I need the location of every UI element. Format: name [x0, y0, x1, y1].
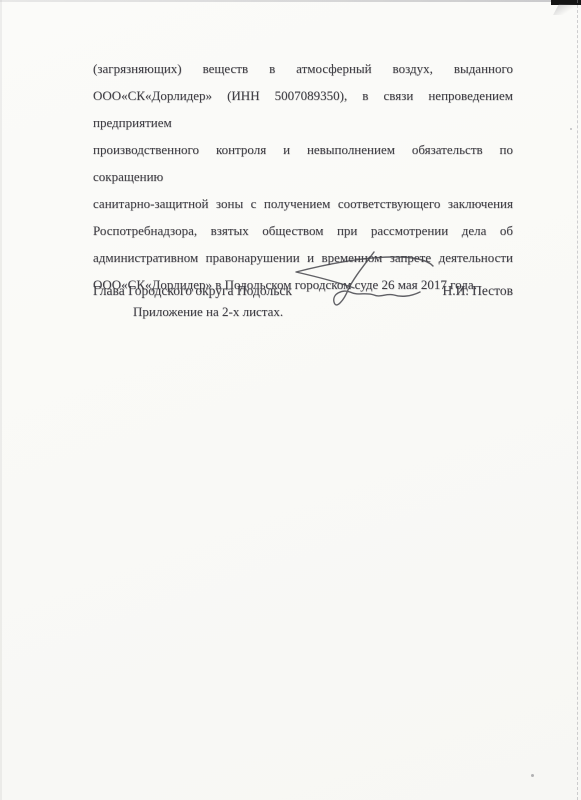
signatory-title: Глава Городского округа Подольск [93, 281, 292, 301]
handwritten-signature [282, 247, 438, 311]
scan-right-dashed-edge [577, 0, 578, 800]
body-line-4: санитарно-защитной зоны с получением соо… [93, 190, 513, 217]
signatory-name: Н.И. Пестов [442, 281, 513, 301]
signature-stroke-swoosh [296, 257, 433, 288]
signature-stroke-pen [334, 252, 420, 305]
body-line-2: ООО«СК«Дорлидер» (ИНН 5007089350), в свя… [93, 82, 513, 136]
scan-speck [570, 128, 572, 130]
body-line-1: (загрязняющих) веществ в атмосферный воз… [93, 55, 513, 82]
scan-left-edge-artifact [0, 0, 2, 800]
scan-top-edge-artifact [0, 0, 581, 2]
scanned-document-page: (загрязняющих) веществ в атмосферный воз… [0, 0, 581, 800]
body-line-3: производственного контроля и невыполнени… [93, 136, 513, 190]
scan-speck [531, 774, 534, 777]
body-line-5: Роспотребнадзора, взятых обществом при р… [93, 217, 513, 244]
